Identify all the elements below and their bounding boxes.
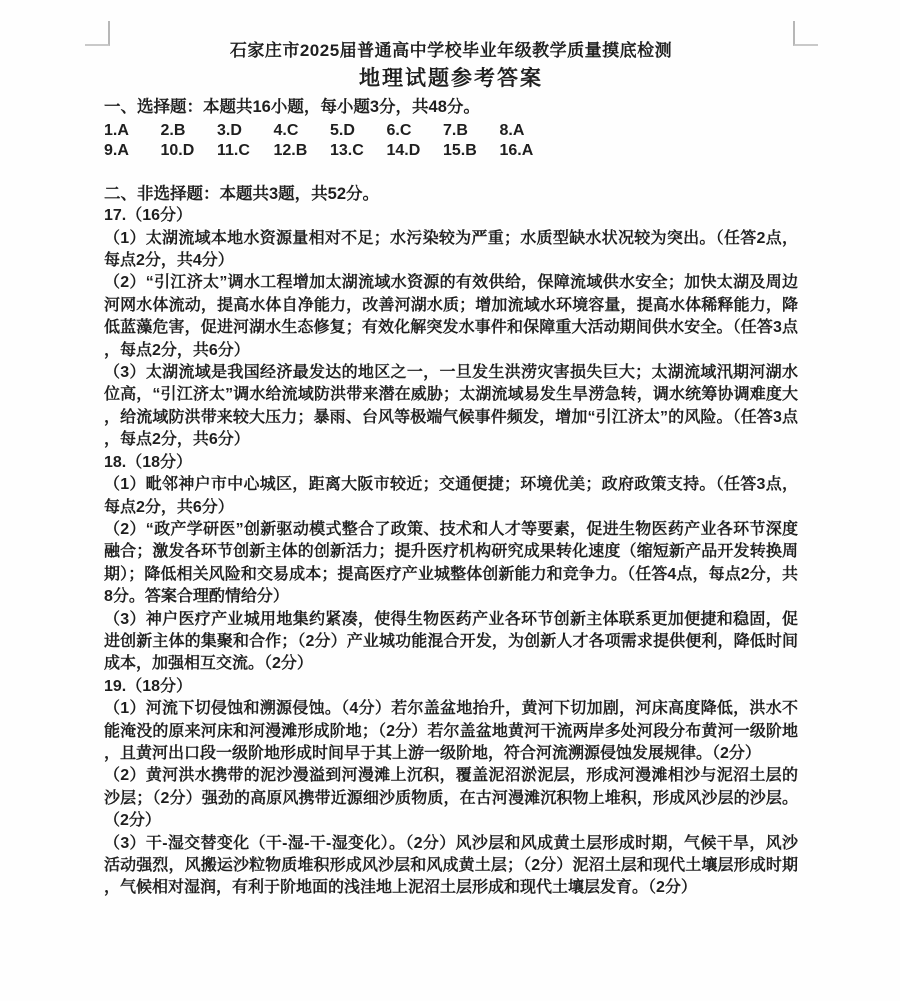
document-content: 石家庄市2025届普通高中学校毕业年级教学质量摸底检测 地理试题参考答案 一、选…	[104, 40, 798, 900]
answer-item-9: 9.A	[104, 141, 161, 160]
answer-item-15: 15.B	[443, 141, 500, 160]
question-19-part-1: （1）河流下切侵蚀和溯源侵蚀。（4分）若尔盖盆地抬升，黄河下切加剧，河床高度降低…	[104, 698, 798, 765]
answer-item-10: 10.D	[161, 141, 218, 160]
answer-item-5: 5.D	[330, 121, 387, 140]
answer-item-2: 2.B	[161, 121, 218, 140]
free-response-section: 二、非选择题：本题共3题，共52分。 17.（16分） （1）太湖流域本地水资源…	[104, 183, 798, 900]
answer-item-4: 4.C	[274, 121, 331, 140]
question-18-part-3: （3）神户医疗产业城用地集约紧凑，使得生物医药产业各环节创新主体联系更加便捷和稳…	[104, 609, 798, 676]
multiple-choice-answer-grid: 1.A 2.B 3.D 4.C 5.D 6.C 7.B 8.A 9.A 10.D…	[104, 121, 798, 159]
question-19-part-2: （2）黄河洪水携带的泥沙漫溢到河漫滩上沉积，覆盖泥沼淤泥层，形成河漫滩相沙与泥沼…	[104, 765, 798, 832]
answer-item-3: 3.D	[217, 121, 274, 140]
question-19-number: 19.（18分）	[104, 676, 798, 698]
answer-item-8: 8.A	[500, 121, 557, 140]
answer-item-12: 12.B	[274, 141, 331, 160]
question-17-part-2: （2）“引江济太”调水工程增加太湖流域水资源的有效供给，保障流域供水安全；加快太…	[104, 272, 798, 362]
document-title: 石家庄市2025届普通高中学校毕业年级教学质量摸底检测	[104, 40, 798, 62]
scanned-answer-key-page: 石家庄市2025届普通高中学校毕业年级教学质量摸底检测 地理试题参考答案 一、选…	[0, 0, 900, 1001]
document-subtitle: 地理试题参考答案	[104, 64, 798, 94]
free-response-heading: 二、非选择题：本题共3题，共52分。	[104, 183, 798, 205]
question-17-part-1: （1）太湖流域本地水资源量相对不足；水污染较为严重；水质型缺水状况较为突出。（任…	[104, 228, 798, 273]
question-18-part-1: （1）毗邻神户市中心城区，距离大阪市较近；交通便捷；环境优美；政府政策支持。（任…	[104, 474, 798, 519]
question-18-part-2: （2）“政产学研医”创新驱动模式整合了政策、技术和人才等要素，促进生物医药产业各…	[104, 519, 798, 609]
answer-item-16: 16.A	[500, 141, 557, 160]
multiple-choice-heading: 一、选择题：本题共16小题，每小题3分，共48分。	[104, 96, 798, 118]
question-17-number: 17.（16分）	[104, 205, 798, 227]
answer-item-7: 7.B	[443, 121, 500, 140]
answer-item-6: 6.C	[387, 121, 444, 140]
answer-item-11: 11.C	[217, 141, 274, 160]
question-17-part-3: （3）太湖流域是我国经济最发达的地区之一，一旦发生洪涝灾害损失巨大；太湖流域汛期…	[104, 362, 798, 452]
question-19-part-3: （3）干-湿交替变化（干-湿-干-湿变化）。（2分）风沙层和风成黄土层形成时期，…	[104, 833, 798, 900]
answer-item-1: 1.A	[104, 121, 161, 140]
answer-item-13: 13.C	[330, 141, 387, 160]
answer-item-14: 14.D	[387, 141, 444, 160]
question-18-number: 18.（18分）	[104, 452, 798, 474]
